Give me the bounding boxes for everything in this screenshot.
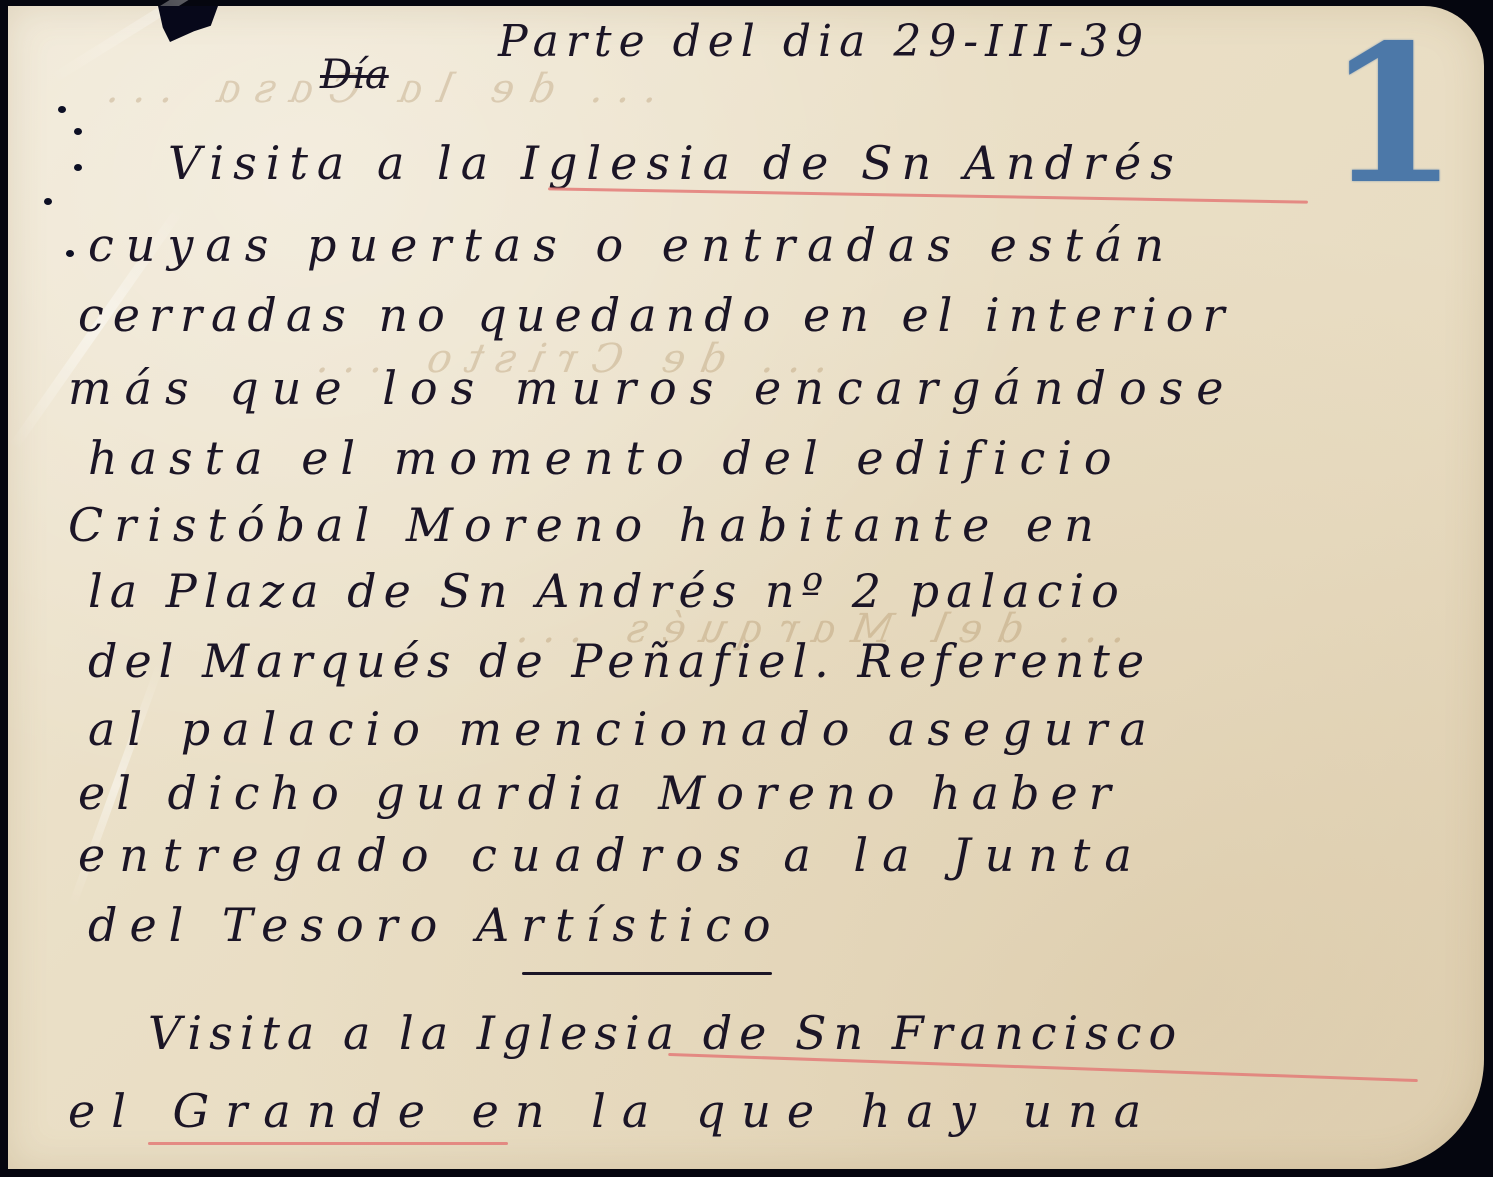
text-line: hasta el momento del edificio: [88, 431, 1124, 485]
paper-sheet: ... de la Casa ... ... de Cristo ... ...…: [8, 6, 1484, 1169]
text-line: el Grande en la que hay una: [68, 1084, 1157, 1138]
pin-hole: [44, 198, 52, 205]
text-line: la Plaza de Sn Andrés nº 2 palacio: [88, 564, 1126, 618]
torn-edge: [158, 6, 218, 42]
pin-hole: [74, 128, 82, 135]
text-line: cerradas no quedando en el interior: [78, 288, 1233, 342]
text-line: del Tesoro Artístico: [88, 898, 783, 952]
text-line: más que los muros encargándose: [68, 361, 1236, 415]
text-line: cuyas puertas o entradas están: [88, 218, 1176, 272]
text-line: el dicho guardia Moreno haber: [78, 766, 1122, 820]
text-line: Visita a la Iglesia de Sn Francisco: [148, 1006, 1183, 1060]
text-line: del Marqués de Peñafiel. Referente: [88, 634, 1151, 688]
text-line: Cristóbal Moreno habitante en: [68, 498, 1105, 552]
pin-hole: [66, 250, 74, 257]
struck-out-word: Día: [320, 52, 389, 98]
text-line: al palacio mencionado asegura: [88, 702, 1159, 756]
text-line: Visita a la Iglesia de Sn Andrés: [168, 136, 1183, 190]
pin-hole: [74, 164, 82, 171]
pin-hole: [58, 106, 66, 113]
text-line: entregado cuadros a la Junta: [78, 828, 1146, 882]
report-header: Parte del dia 29-III-39: [498, 16, 1150, 67]
page-number: 1: [1326, 20, 1458, 210]
red-underline: [148, 1142, 508, 1145]
section-divider: [522, 972, 772, 975]
